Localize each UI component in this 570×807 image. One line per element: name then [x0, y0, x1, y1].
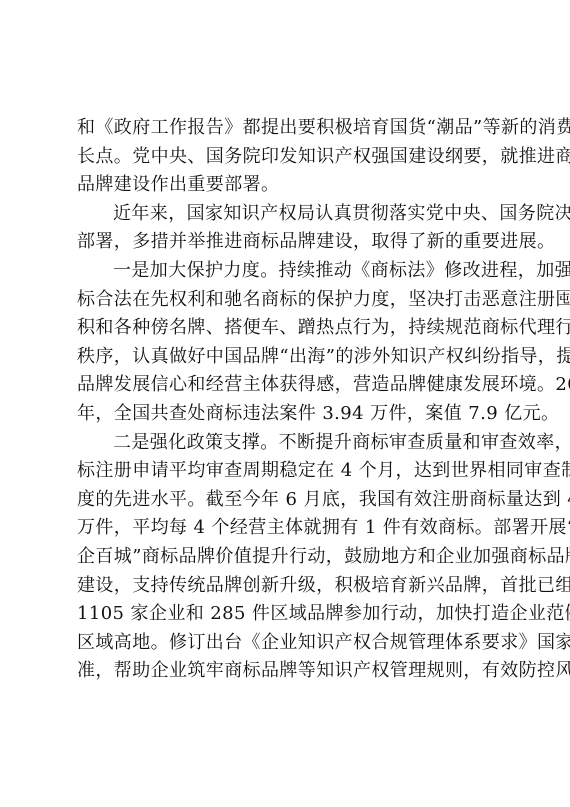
text-line: 品牌发展信心和经营主体获得感，营造品牌健康发展环境。2023: [77, 371, 495, 400]
paragraph-intro: 和《政府工作报告》都提出要积极培育国货“潮品”等新的消费增 长点。党中央、国务院…: [77, 114, 495, 200]
text-line: 区域高地。修订出台《企业知识产权合规管理体系要求》国家标: [77, 629, 495, 658]
text-line: 建设，支持传统品牌创新升级，积极培育新兴品牌，首批已组织: [77, 572, 495, 601]
text-line: 积和各种傍名牌、搭便车、蹭热点行为，持续规范商标代理行业: [77, 314, 495, 343]
text-line: 部署，多措并举推进商标品牌建设，取得了新的重要进展。: [77, 228, 495, 257]
text-line: 标注册申请平均审查周期稳定在 4 个月，达到世界相同审查制: [77, 457, 495, 486]
text-line: 1105 家企业和 285 件区域品牌参加行动，加快打造企业范例和: [77, 600, 495, 629]
text-line: 企百城”商标品牌价值提升行动，鼓励地方和企业加强商标品牌: [77, 543, 495, 572]
text-line: 准，帮助企业筑牢商标品牌等知识产权管理规则，有效防控风险。: [77, 657, 495, 686]
text-line: 标合法在先权利和驰名商标的保护力度，坚决打击恶意注册囤: [77, 286, 495, 315]
text-line: 一是加大保护力度。持续推动《商标法》修改进程，加强对商: [77, 257, 495, 286]
paragraph-progress: 近年来，国家知识产权局认真贯彻落实党中央、国务院决策 部署，多措并举推进商标品牌…: [77, 200, 495, 257]
paragraph-policy: 二是强化政策支撑。不断提升商标审查质量和审查效率，商 标注册申请平均审查周期稳定…: [77, 429, 495, 686]
text-line: 长点。党中央、国务院印发知识产权强国建设纲要，就推进商标: [77, 143, 495, 172]
document-body: 和《政府工作报告》都提出要积极培育国货“潮品”等新的消费增 长点。党中央、国务院…: [77, 114, 495, 686]
paragraph-protection: 一是加大保护力度。持续推动《商标法》修改进程，加强对商 标合法在先权利和驰名商标…: [77, 257, 495, 429]
text-line: 近年来，国家知识产权局认真贯彻落实党中央、国务院决策: [77, 200, 495, 229]
text-line: 万件，平均每 4 个经营主体就拥有 1 件有效商标。部署开展“千: [77, 514, 495, 543]
text-line: 和《政府工作报告》都提出要积极培育国货“潮品”等新的消费增: [77, 114, 495, 143]
text-line: 度的先进水平。截至今年 6 月底，我国有效注册商标量达到 4590.9: [77, 486, 495, 515]
text-line: 二是强化政策支撑。不断提升商标审查质量和审查效率，商: [77, 429, 495, 458]
text-line: 年，全国共查处商标违法案件 3.94 万件，案值 7.9 亿元。: [77, 400, 495, 429]
text-line: 秩序，认真做好中国品牌“出海”的涉外知识产权纠纷指导，提振: [77, 343, 495, 372]
text-line: 品牌建设作出重要部署。: [77, 171, 495, 200]
